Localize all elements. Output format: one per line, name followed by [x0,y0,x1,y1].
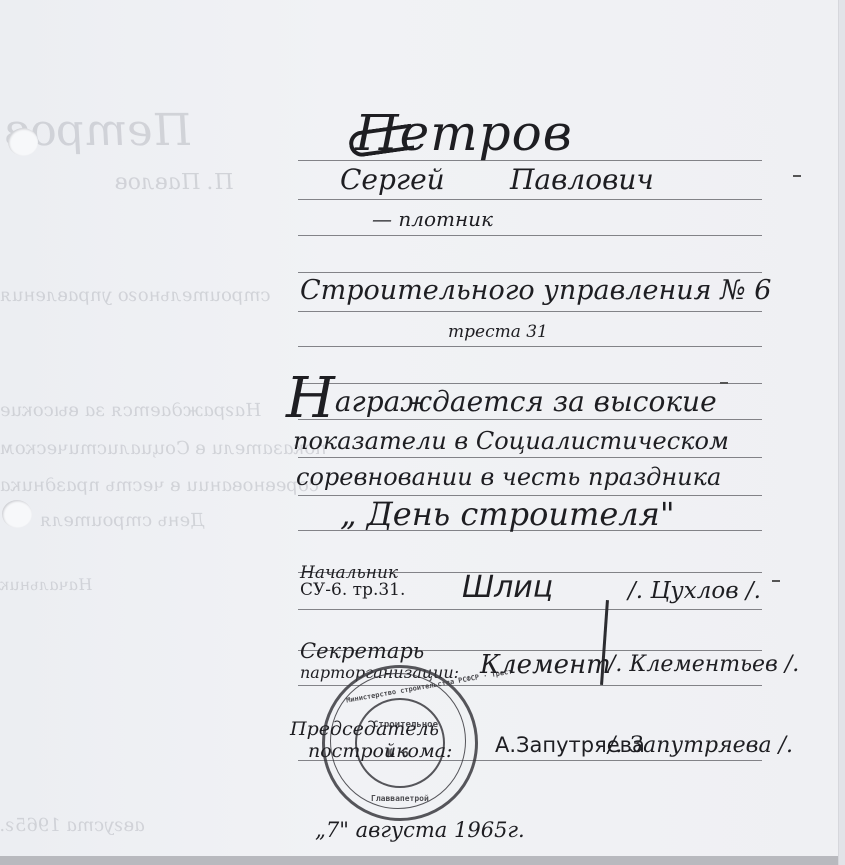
ruled-line [298,609,762,610]
award-text-line-1: Награждается за высокие [286,385,717,418]
document-page: Петров П. Павлов строительного управлени… [0,0,845,865]
bleed-through-line: Награждается за высокие [0,400,263,421]
award-text-line-1-rest: аграждается за высокие [335,385,717,418]
recipient-occupation: — плотник [372,207,493,231]
bleed-through-patronym: П. Павлов [113,170,235,195]
bleed-through-line: строительного управления [0,285,272,306]
recipient-given-name: Сергей [340,163,445,196]
signature-head: Шлиц [462,570,553,605]
page-bottom-edge [0,856,838,865]
recipient-patronymic: Павлович [510,163,654,196]
punch-hole [2,500,32,528]
signatory-title-line: Председатель [290,718,452,740]
ruled-line [298,235,762,236]
page-right-edge [838,0,845,865]
signatory-title-head: Начальник СУ-6. тр.31. [300,565,405,599]
tick-mark [720,382,728,384]
ruled-line [298,383,762,384]
bleed-through-line: соревновании в честь праздника [0,475,320,496]
recipient-surname: Петров [355,104,573,162]
signatory-title-line: постройкома: [290,740,452,762]
signatory-name-secretary: /. Клементьев /. [608,652,799,677]
organization-trust: треста 31 [448,322,548,342]
ruled-line [298,272,762,273]
ruled-line [298,311,762,312]
tick-mark [793,175,801,177]
signatory-title-chair: Председатель постройкома: [290,718,452,762]
ruled-line [298,457,762,458]
signatory-title-line: СУ-6. тр.31. [300,582,405,599]
award-text-line-2: показатели в Социалистическом [293,427,729,455]
bleed-through-line: День строителя [39,510,207,531]
stamp-bottom-text: Главвапетрой [371,794,429,803]
ruled-line [298,199,762,200]
punch-hole [8,128,38,156]
award-holiday-name: „ День строителя" [340,495,675,533]
award-text-line-3: соревновании в честь праздника [296,463,721,491]
signatory-title-line: Секретарь [300,640,459,662]
organization-name: Строительного управления № 6 [300,275,771,306]
document-date: „7" августа 1965г. [315,818,525,842]
signatory-name-head: /. Цухлов /. [628,578,761,604]
tick-mark [772,580,780,582]
bleed-through-line: августа 1965г. [0,815,146,836]
signatory-name-chair: /. Запутряева /. [608,733,793,758]
ruled-line [298,346,762,347]
ruled-line [298,419,762,420]
bleed-through-line: Начальник [0,575,94,594]
bleed-through-line: показатели в Социалистическом [0,438,328,459]
award-drop-cap: Н [286,366,335,431]
